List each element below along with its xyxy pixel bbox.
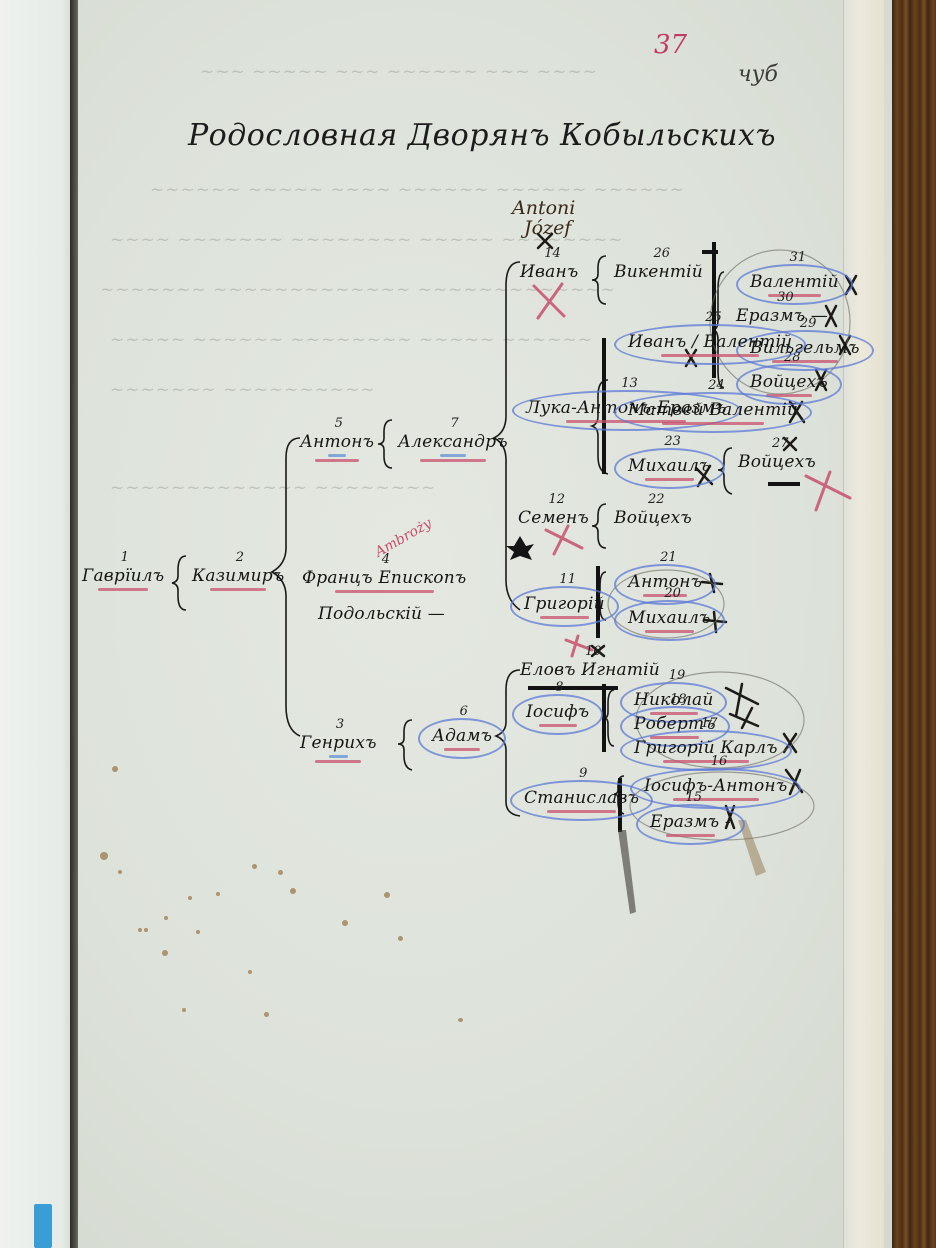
node-name: Подольскій — <box>318 604 445 624</box>
tree-node-24: 24Матвей Валентій <box>614 392 812 433</box>
node-name: Войцехъ <box>614 508 692 528</box>
red-underline <box>661 354 760 357</box>
node-name: Викентій <box>614 262 703 282</box>
red-underline <box>420 459 486 462</box>
red-underline <box>662 422 764 425</box>
node-number: 30 <box>777 290 794 305</box>
node-name: Гаврїилъ <box>82 566 164 586</box>
red-underline <box>98 588 147 591</box>
tree-node-5: 5Антонъ <box>300 432 374 462</box>
node-number: 29 <box>800 316 817 331</box>
tree-node-4b: Подольскій — <box>318 604 445 624</box>
red-underline <box>547 810 616 813</box>
tree-node-17: 17Григорій Карлъ <box>620 730 792 771</box>
node-number: 24 <box>708 378 725 393</box>
tree-connectors <box>0 0 936 1248</box>
tree-node-1: 1Гаврїилъ <box>82 566 164 591</box>
node-number: 14 <box>544 246 561 261</box>
tree-node-11: 11Григорій <box>510 586 619 627</box>
node-number: 7 <box>450 416 458 431</box>
node-name: Еловъ Игнатій <box>520 660 660 680</box>
tree-node-4: 4Францъ Епископъ <box>302 568 466 593</box>
blue-underline <box>440 454 466 457</box>
node-name: Адамъ <box>432 726 492 746</box>
tree-node-8: 8Іосифъ <box>512 694 603 735</box>
node-number: 19 <box>669 668 686 683</box>
red-underline <box>335 590 434 593</box>
node-name: Еразмъ - <box>650 812 731 832</box>
node-number: 11 <box>559 572 576 587</box>
node-name: Михаилъ <box>628 456 711 476</box>
node-name: Іосифъ <box>526 702 589 722</box>
red-underline <box>663 760 749 763</box>
node-name: Антонъ <box>300 432 374 452</box>
tree-node-26: 26Викентій <box>614 262 703 282</box>
node-number: 23 <box>664 434 681 449</box>
node-number: 13 <box>621 376 638 391</box>
node-name: Григорій Карлъ <box>634 738 778 758</box>
tree-node-23: 23Михаилъ <box>614 448 725 489</box>
node-name: Иванъ <box>520 262 578 282</box>
tree-node-22: 22Войцехъ <box>614 508 692 528</box>
tree-node-25: 25Иванъ / Валентій <box>614 324 806 365</box>
node-name: Михаилъ <box>628 608 711 628</box>
red-underline <box>539 724 577 727</box>
node-number: 4 <box>382 552 390 567</box>
red-underline <box>645 630 695 633</box>
node-number: 2 <box>236 550 244 565</box>
tree-node-16: 16Іосифъ-Антонъ <box>630 768 801 809</box>
node-name: Валентій <box>750 272 839 292</box>
blue-underline <box>328 454 346 457</box>
red-underline <box>315 760 361 763</box>
node-name: Александръ <box>398 432 508 452</box>
node-number: 5 <box>335 416 343 431</box>
tree-node-2: 2Казимиръ <box>192 566 284 591</box>
red-underline <box>666 834 715 837</box>
node-number: 22 <box>648 492 665 507</box>
tree-node-14: 14Иванъ <box>520 262 578 282</box>
tree-node-3: 3Генрихъ <box>300 733 377 763</box>
red-underline <box>210 588 265 591</box>
node-name: Станиславъ <box>524 788 639 808</box>
node-number: 12 <box>549 492 566 507</box>
node-name: Иванъ / Валентій <box>628 332 792 352</box>
red-underline <box>645 478 695 481</box>
node-number: 25 <box>705 310 722 325</box>
tree-node-27: 27Войцехъ <box>738 452 816 472</box>
node-number: 1 <box>121 550 129 565</box>
node-name: Казимиръ <box>192 566 284 586</box>
red-underline <box>772 360 838 363</box>
red-underline <box>315 459 359 462</box>
blue-underline <box>329 755 347 758</box>
tree-node-6: 6Адамъ <box>418 718 506 759</box>
node-name: Войцехъ <box>750 372 828 392</box>
red-underline <box>540 616 588 619</box>
tree-node-12: 12Семенъ <box>518 508 589 528</box>
tree-node-20: 20Михаилъ <box>614 600 725 641</box>
tree-node-10: 10Еловъ Игнатій <box>520 660 660 680</box>
node-number: 15 <box>685 790 702 805</box>
node-number: 9 <box>579 766 587 781</box>
red-underline <box>768 294 821 297</box>
tree-node-7: 7Александръ <box>398 432 508 462</box>
node-number: 27 <box>772 436 789 451</box>
node-number: 21 <box>660 550 677 565</box>
node-name: Генрихъ <box>300 733 377 753</box>
node-name: Матвей Валентій <box>628 400 798 420</box>
node-name: Францъ Епископъ <box>302 568 466 588</box>
node-name: Григорій <box>524 594 605 614</box>
node-number: 31 <box>789 250 806 265</box>
tree-node-15: 15Еразмъ - <box>636 804 745 845</box>
node-name: Іосифъ-Антонъ <box>644 776 787 796</box>
node-number: 20 <box>664 586 681 601</box>
node-name: Войцехъ <box>738 452 816 472</box>
node-name: Семенъ <box>518 508 589 528</box>
node-number: 17 <box>701 716 718 731</box>
tree-node-31: 31Валентій <box>736 264 853 305</box>
node-number: 3 <box>336 717 344 732</box>
node-number: 16 <box>711 754 728 769</box>
node-number: 10 <box>585 644 602 659</box>
node-number: 8 <box>555 680 563 695</box>
node-number: 26 <box>654 246 671 261</box>
node-number: 18 <box>670 692 687 707</box>
red-underline <box>444 748 480 751</box>
node-number: 6 <box>460 704 468 719</box>
